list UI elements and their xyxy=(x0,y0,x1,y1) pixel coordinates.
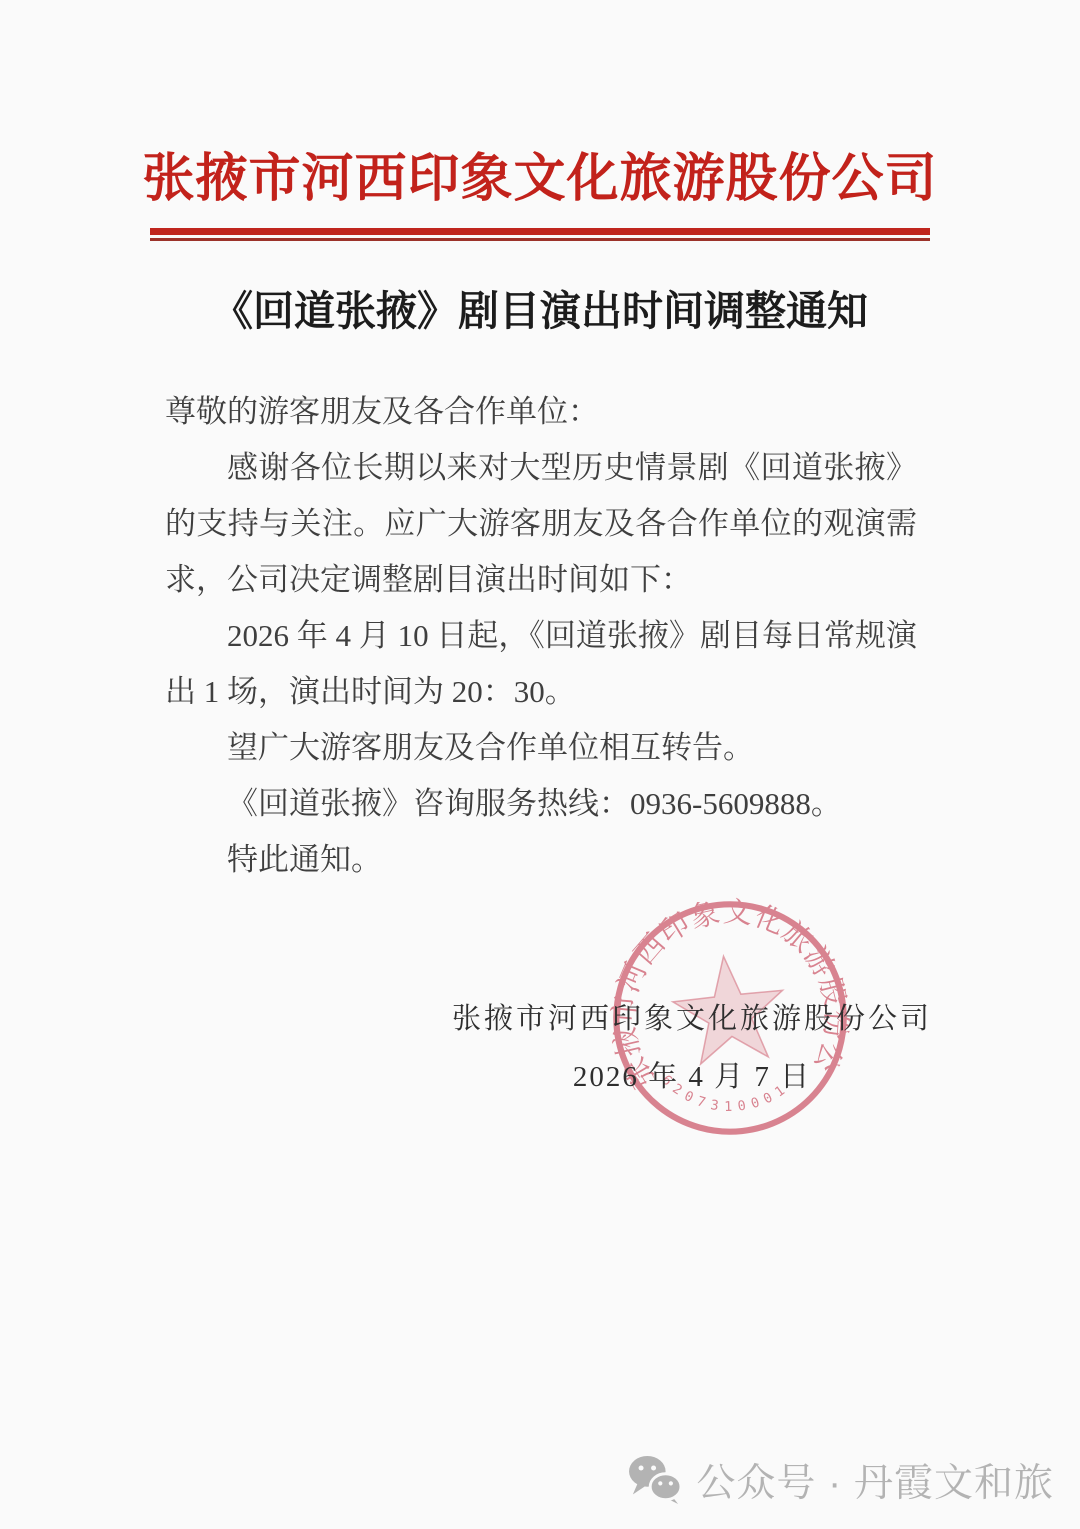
notice-document: 张掖市河西印象文化旅游股份公司 《回道张掖》剧目演出时间调整通知 尊敬的游客朋友… xyxy=(0,0,1080,1529)
signature-company: 张掖市河西印象文化旅游股份公司 xyxy=(452,996,932,1037)
signature-date: 2026 年 4 月 7 日 xyxy=(452,1054,932,1095)
paragraph: 特此通知。 xyxy=(165,832,917,888)
letterhead-rule-thick xyxy=(150,228,930,235)
letterhead-rule xyxy=(150,228,930,241)
paragraph: 感谢各位长期以来对大型历史情景剧《回道张掖》的支持与关注。应广大游客朋友及各合作… xyxy=(165,440,917,608)
footer-label: 公众号 · 丹霞文和旅 xyxy=(696,1452,1054,1508)
notice-body: 尊敬的游客朋友及各合作单位： 感谢各位长期以来对大型历史情景剧《回道张掖》的支持… xyxy=(165,384,917,888)
salutation: 尊敬的游客朋友及各合作单位： xyxy=(165,384,917,440)
paragraph: 《回道张掖》咨询服务热线：0936-5609888。 xyxy=(165,776,917,832)
signature-block: 张掖市河西印象文化旅游股份公司 2026 年 4 月 7 日 xyxy=(452,996,932,1095)
footer-watermark: 公众号 · 丹霞文和旅 xyxy=(628,1452,1054,1508)
letterhead-company: 张掖市河西印象文化旅游股份公司 xyxy=(0,136,1080,211)
paragraph: 2026 年 4 月 10 日起，《回道张掖》剧目每日常规演出 1 场，演出时间… xyxy=(165,608,917,720)
wechat-icon xyxy=(628,1455,682,1505)
letterhead-rule-thin xyxy=(150,238,930,241)
notice-title: 《回道张掖》剧目演出时间调整通知 xyxy=(0,278,1080,337)
paragraph: 望广大游客朋友及合作单位相互转告。 xyxy=(165,720,917,776)
